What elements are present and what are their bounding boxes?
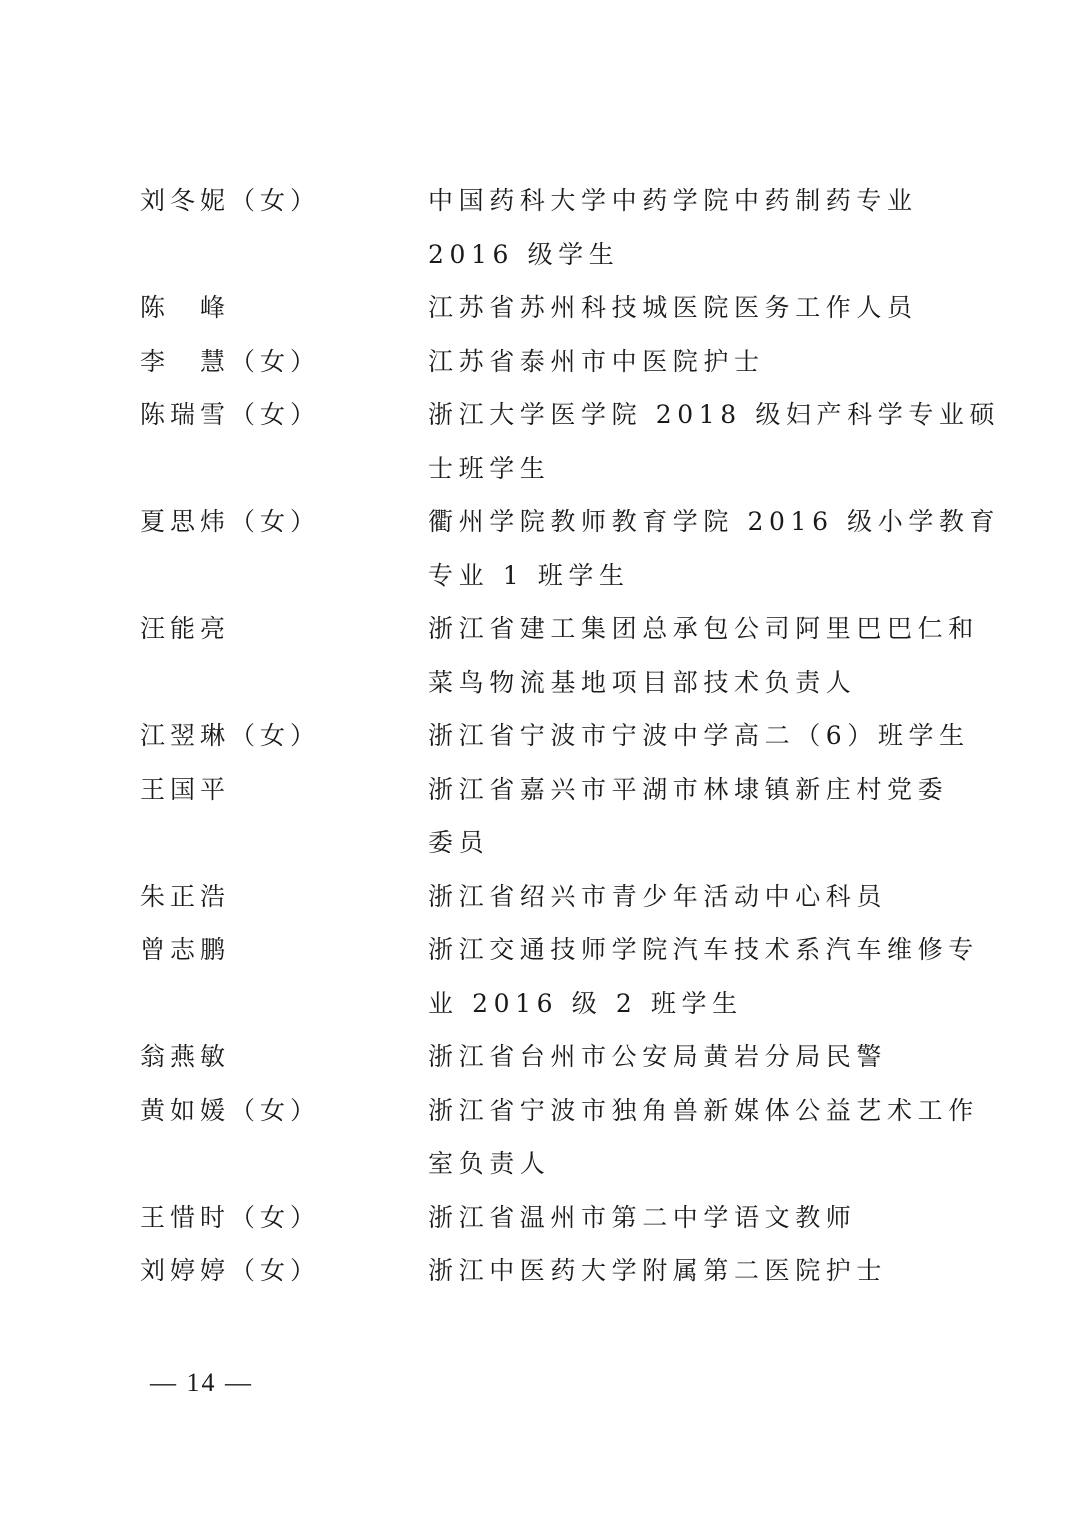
affiliation-line: 浙江交通技师学院汽车技术系汽车维修专 (428, 923, 938, 977)
page-number: — 14 — (150, 1368, 253, 1398)
list-item: 刘婷婷（女） 浙江中医药大学附属第二医院护士 (140, 1244, 940, 1298)
person-affiliation: 浙江省台州市公安局黄岩分局民警 (428, 1030, 938, 1084)
affiliation-line: 士班学生 (428, 442, 938, 496)
affiliation-line: 浙江省台州市公安局黄岩分局民警 (428, 1030, 938, 1084)
affiliation-line: 室负责人 (428, 1137, 938, 1191)
person-affiliation: 浙江省温州市第二中学语文教师 (428, 1191, 938, 1245)
list-item: 曾志鹏 浙江交通技师学院汽车技术系汽车维修专 业 2016 级 2 班学生 (140, 923, 940, 1030)
person-name: 黄如媛（女） (140, 1084, 428, 1191)
affiliation-line: 业 2016 级 2 班学生 (428, 977, 938, 1031)
affiliation-line: 浙江省宁波市宁波中学高二（6）班学生 (428, 709, 938, 763)
affiliation-line: 专业 1 班学生 (428, 549, 938, 603)
person-affiliation: 浙江中医药大学附属第二医院护士 (428, 1244, 938, 1298)
affiliation-line: 浙江省建工集团总承包公司阿里巴巴仁和 (428, 602, 938, 656)
affiliation-line: 江苏省苏州科技城医院医务工作人员 (428, 281, 938, 335)
person-name: 王国平 (140, 763, 428, 870)
list-item: 朱正浩 浙江省绍兴市青少年活动中心科员 (140, 870, 940, 924)
person-name: 朱正浩 (140, 870, 428, 924)
person-name: 李 慧（女） (140, 335, 428, 389)
person-affiliation: 浙江省建工集团总承包公司阿里巴巴仁和 菜鸟物流基地项目部技术负责人 (428, 602, 938, 709)
person-name: 夏思炜（女） (140, 495, 428, 602)
list-item: 刘冬妮（女） 中国药科大学中药学院中药制药专业 2016 级学生 (140, 174, 940, 281)
person-affiliation: 浙江交通技师学院汽车技术系汽车维修专 业 2016 级 2 班学生 (428, 923, 938, 1030)
honoree-list: 刘冬妮（女） 中国药科大学中药学院中药制药专业 2016 级学生 陈 峰 江苏省… (140, 174, 940, 1298)
affiliation-line: 江苏省泰州市中医院护士 (428, 335, 938, 389)
person-affiliation: 江苏省泰州市中医院护士 (428, 335, 938, 389)
affiliation-line: 浙江大学医学院 2018 级妇产科学专业硕 (428, 388, 938, 442)
person-name: 刘冬妮（女） (140, 174, 428, 281)
person-name: 汪能亮 (140, 602, 428, 709)
affiliation-line: 浙江省宁波市独角兽新媒体公益艺术工作 (428, 1084, 938, 1138)
person-name: 翁燕敏 (140, 1030, 428, 1084)
affiliation-line: 菜鸟物流基地项目部技术负责人 (428, 656, 938, 710)
affiliation-line: 委员 (428, 816, 938, 870)
person-affiliation: 浙江省宁波市独角兽新媒体公益艺术工作 室负责人 (428, 1084, 938, 1191)
person-name: 王惜时（女） (140, 1191, 428, 1245)
affiliation-line: 浙江省绍兴市青少年活动中心科员 (428, 870, 938, 924)
affiliation-line: 浙江中医药大学附属第二医院护士 (428, 1244, 938, 1298)
affiliation-line: 衢州学院教师教育学院 2016 级小学教育 (428, 495, 938, 549)
list-item: 汪能亮 浙江省建工集团总承包公司阿里巴巴仁和 菜鸟物流基地项目部技术负责人 (140, 602, 940, 709)
list-item: 夏思炜（女） 衢州学院教师教育学院 2016 级小学教育 专业 1 班学生 (140, 495, 940, 602)
person-affiliation: 衢州学院教师教育学院 2016 级小学教育 专业 1 班学生 (428, 495, 938, 602)
person-name: 陈瑞雪（女） (140, 388, 428, 495)
person-affiliation: 浙江省绍兴市青少年活动中心科员 (428, 870, 938, 924)
affiliation-line: 2016 级学生 (428, 228, 938, 282)
list-item: 翁燕敏 浙江省台州市公安局黄岩分局民警 (140, 1030, 940, 1084)
person-name: 刘婷婷（女） (140, 1244, 428, 1298)
list-item: 李 慧（女） 江苏省泰州市中医院护士 (140, 335, 940, 389)
person-name: 江翌琳（女） (140, 709, 428, 763)
list-item: 黄如媛（女） 浙江省宁波市独角兽新媒体公益艺术工作 室负责人 (140, 1084, 940, 1191)
person-name: 曾志鹏 (140, 923, 428, 1030)
person-affiliation: 浙江省嘉兴市平湖市林埭镇新庄村党委 委员 (428, 763, 938, 870)
affiliation-line: 浙江省嘉兴市平湖市林埭镇新庄村党委 (428, 763, 938, 817)
person-affiliation: 浙江大学医学院 2018 级妇产科学专业硕 士班学生 (428, 388, 938, 495)
list-item: 陈瑞雪（女） 浙江大学医学院 2018 级妇产科学专业硕 士班学生 (140, 388, 940, 495)
list-item: 江翌琳（女） 浙江省宁波市宁波中学高二（6）班学生 (140, 709, 940, 763)
person-name: 陈 峰 (140, 281, 428, 335)
person-affiliation: 中国药科大学中药学院中药制药专业 2016 级学生 (428, 174, 938, 281)
affiliation-line: 浙江省温州市第二中学语文教师 (428, 1191, 938, 1245)
person-affiliation: 浙江省宁波市宁波中学高二（6）班学生 (428, 709, 938, 763)
list-item: 王国平 浙江省嘉兴市平湖市林埭镇新庄村党委 委员 (140, 763, 940, 870)
list-item: 陈 峰 江苏省苏州科技城医院医务工作人员 (140, 281, 940, 335)
person-affiliation: 江苏省苏州科技城医院医务工作人员 (428, 281, 938, 335)
list-item: 王惜时（女） 浙江省温州市第二中学语文教师 (140, 1191, 940, 1245)
affiliation-line: 中国药科大学中药学院中药制药专业 (428, 174, 938, 228)
